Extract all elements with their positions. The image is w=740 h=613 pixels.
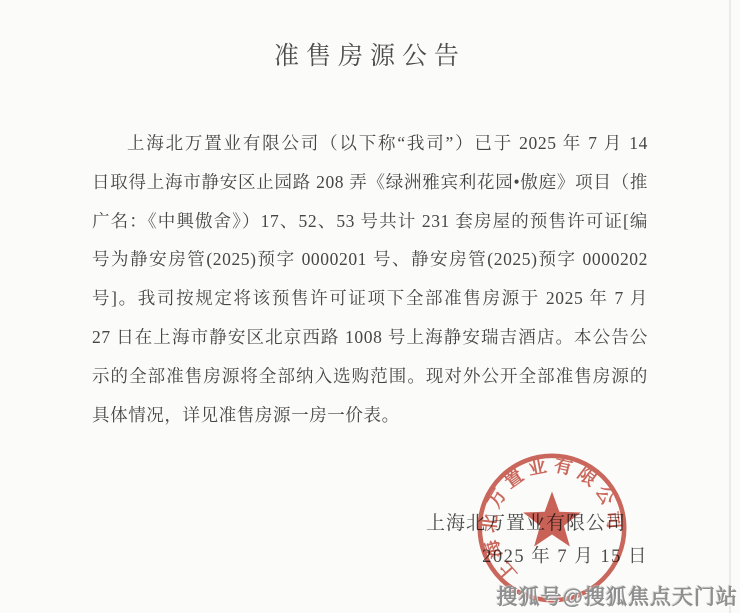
paper-edge-line: [729, 0, 731, 613]
body-line: 示的全部准售房源将全部纳入选购范围。现对外公开全部准售房源的: [92, 357, 648, 396]
body-line: 具体情况，详见准售房源一房一价表。: [92, 396, 648, 435]
seal-star-icon: [523, 492, 581, 547]
body-line: 27 日在上海市静安区北京西路 1008 号上海静安瑞吉酒店。本公告公: [92, 318, 648, 357]
body-line: 日取得上海市静安区止园路 208 弄《绿洲雅宾利花园•傲庭》项目（推: [92, 163, 648, 202]
watermark-text: 搜狐号@搜狐焦点天门站: [497, 581, 738, 611]
body-line: 广名：《中興傲舍》）17、52、53 号共计 231 套房屋的预售许可证[编: [92, 202, 648, 241]
body-paragraph: 上海北万置业有限公司（以下称“我司”）已于 2025 年 7 月 14 日取得上…: [92, 124, 648, 434]
body-line: 号]。我司按规定将该预售许可证项下全部准售房源于 2025 年 7 月: [92, 279, 648, 318]
body-line: 上海北万置业有限公司（以下称“我司”）已于 2025 年 7 月 14: [92, 124, 648, 163]
page-title: 准售房源公告: [0, 36, 740, 72]
body-line: 号为静安房管(2025)预字 0000201 号、静安房管(2025)预字 00…: [92, 240, 648, 279]
announcement-page: 准售房源公告 上海北万置业有限公司（以下称“我司”）已于 2025 年 7 月 …: [0, 0, 740, 613]
